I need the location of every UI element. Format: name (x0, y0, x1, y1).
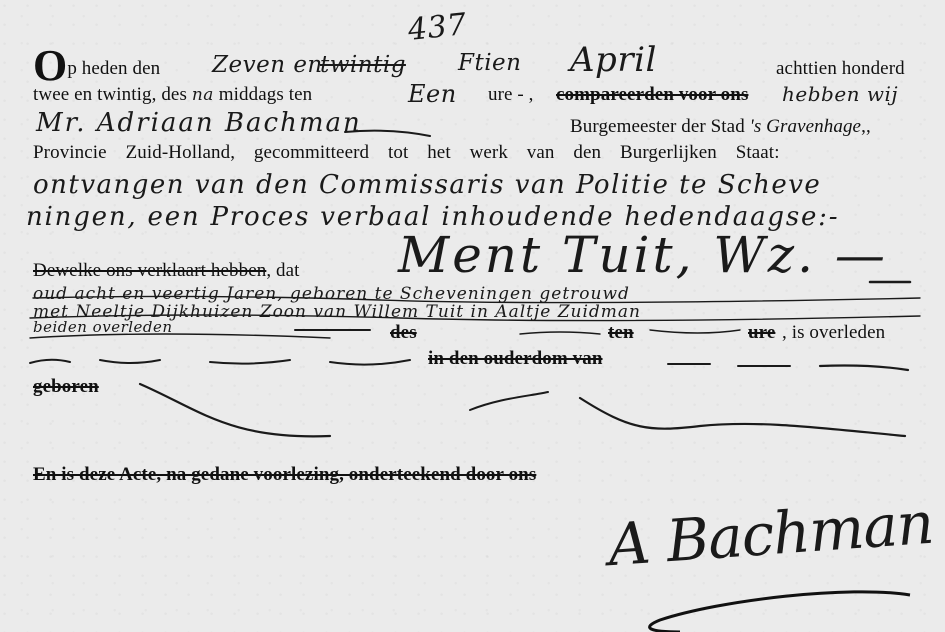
signature-flourish (0, 0, 945, 632)
document-page: 437 Op heden den Zeven en twintig Ftien … (0, 0, 945, 632)
